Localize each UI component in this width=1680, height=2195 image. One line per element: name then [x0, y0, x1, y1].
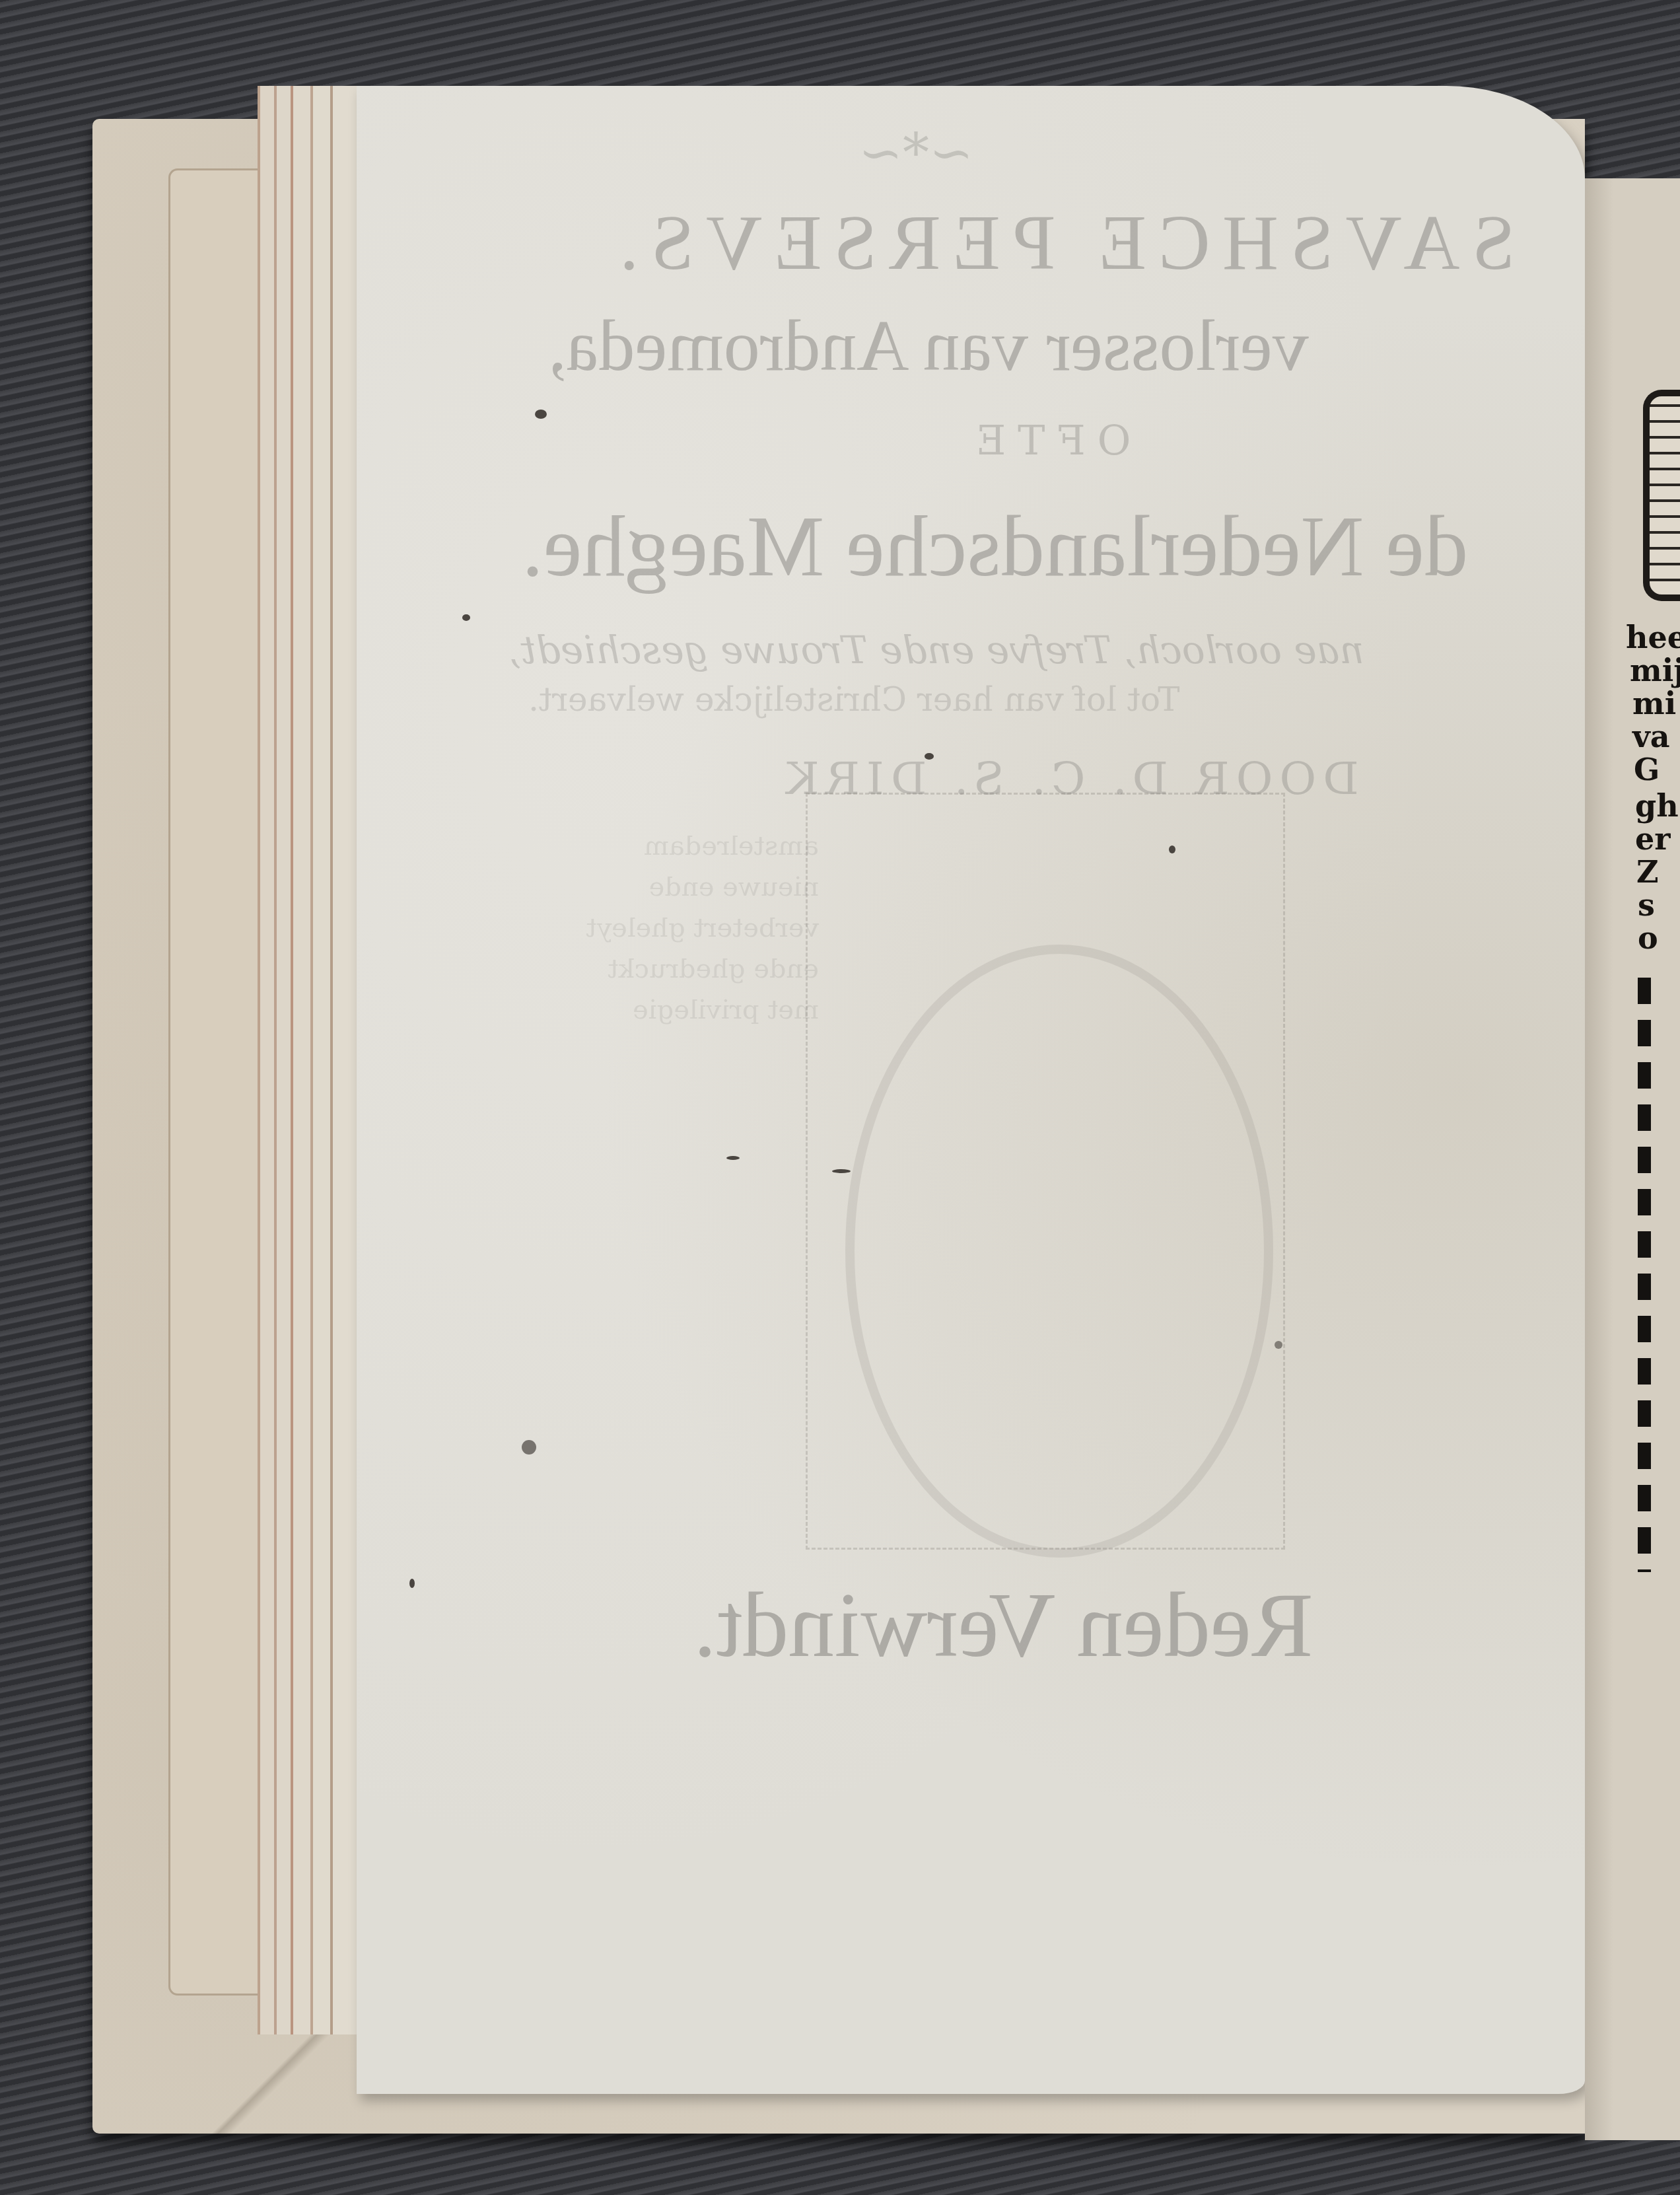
- blackletter-fragment: va: [1632, 720, 1670, 753]
- subtitle-line-2: Tot lof van haer Christelijcke welvaert.: [528, 680, 1179, 719]
- blackletter-fragment: o: [1638, 921, 1658, 954]
- foxing-spot: [409, 1579, 415, 1588]
- motto-show-through: Reden Verwindt.: [693, 1572, 1313, 1678]
- blackletter-fragment: Z: [1636, 855, 1659, 888]
- blackletter-fragment: G: [1634, 753, 1660, 786]
- foxing-spot: [832, 1169, 851, 1173]
- left-column-show-through: amstelredam nieuwe ende verbetert gheley…: [568, 826, 819, 1030]
- decorated-initial: [1643, 390, 1680, 601]
- foxing-spot: [535, 410, 547, 419]
- foxing-spot: [522, 1440, 536, 1455]
- foxing-spot: [1169, 846, 1175, 853]
- foxing-spot: [726, 1156, 740, 1160]
- subtitle-line-1: nae oorloch, Trefve ende Trouwe geschied…: [508, 628, 1364, 672]
- verso-page: ~*~ SAVSHCE PERSEVS. verlosser van Andro…: [357, 86, 1585, 2094]
- title-line-1: SAVSHCE PERSEVS.: [608, 198, 1515, 288]
- title-line-3: OFTE: [964, 416, 1131, 464]
- blackletter-fragment: gh: [1635, 789, 1679, 822]
- blackletter-fragment: hee: [1626, 621, 1680, 654]
- blackletter-text-column: [1638, 978, 1651, 1572]
- foxing-spot: [925, 753, 934, 760]
- blackletter-fragment: mij: [1630, 654, 1680, 687]
- blackletter-fragment: mi: [1632, 687, 1676, 720]
- blackletter-fragment: er: [1635, 822, 1671, 855]
- foxing-spot: [462, 614, 470, 621]
- printer-device-oval: [845, 945, 1273, 1558]
- ornament-show-through: ~*~: [858, 122, 973, 184]
- blackletter-fragment: s: [1638, 888, 1655, 921]
- title-line-4: de Nederlandsche Maeghe.: [522, 495, 1468, 596]
- foxing-spot: [1275, 1341, 1282, 1349]
- title-line-2: verlosser van Andromeda,: [548, 304, 1309, 388]
